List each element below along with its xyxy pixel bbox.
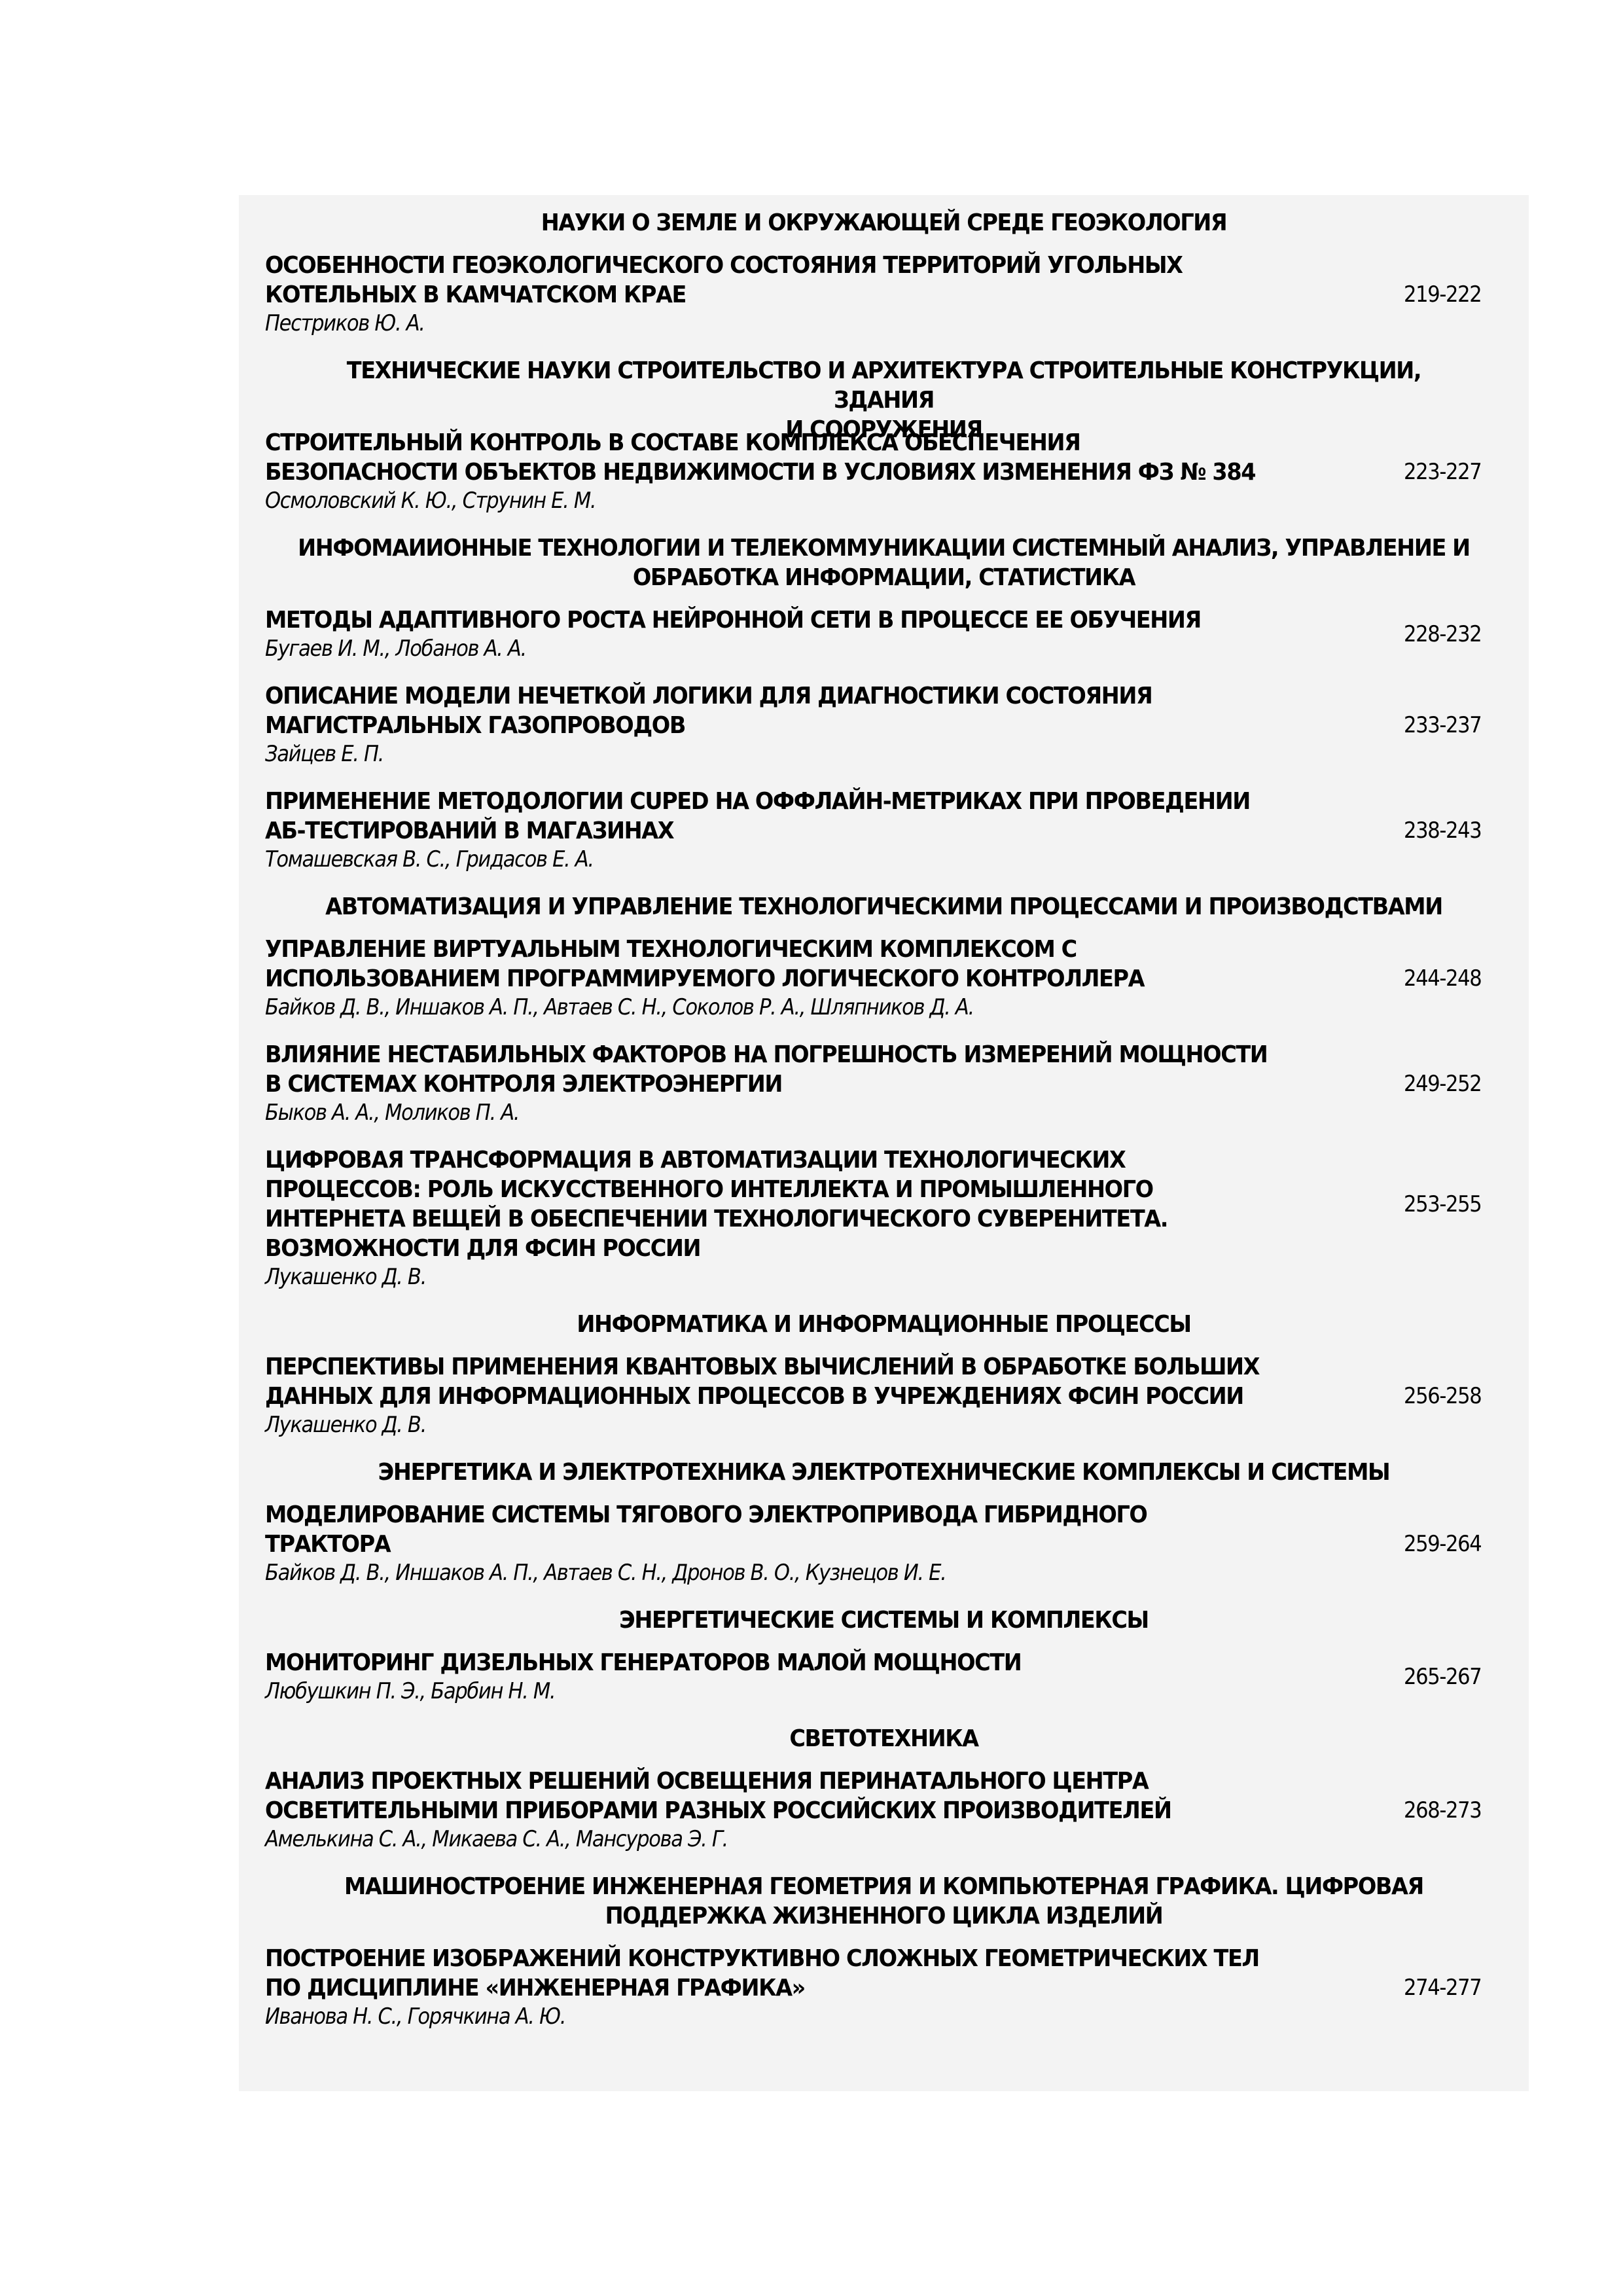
section-heading-line: НАУКИ О ЗЕМЛЕ И ОКРУЖАЮЩЕЙ СРЕДЕ ГЕОЭКОЛ… (296, 208, 1472, 238)
article-authors: Быков А. А., Моликов П. А. (265, 1099, 1384, 1127)
article-title[interactable]: ЦИФРОВАЯ ТРАНСФОРМАЦИЯ В АВТОМАТИЗАЦИИ Т… (265, 1145, 1275, 1263)
article-authors: Амелькина С. А., Микаева С. А., Мансуров… (265, 1825, 1384, 1854)
section-heading-line: СВЕТОТЕХНИКА (296, 1724, 1472, 1753)
toc-entry[interactable]: УПРАВЛЕНИЕ ВИРТУАЛЬНЫМ ТЕХНОЛОГИЧЕСКИМ К… (265, 935, 1508, 1022)
section-heading-line: ИНФОМАИИОННЫЕ ТЕХНОЛОГИИ И ТЕЛЕКОММУНИКА… (296, 533, 1472, 563)
article-title-line: ТРАКТОРА (265, 1530, 1275, 1559)
article-title-line: МАГИСТРАЛЬНЫХ ГАЗОПРОВОДОВ (265, 711, 1275, 740)
toc-entry[interactable]: МОДЕЛИРОВАНИЕ СИСТЕМЫ ТЯГОВОГО ЭЛЕКТРОПР… (265, 1500, 1508, 1587)
article-title-line: ПОСТРОЕНИЕ ИЗОБРАЖЕНИЙ КОНСТРУКТИВНО СЛО… (265, 1944, 1275, 1973)
section-heading-line: ЭНЕРГЕТИКА И ЭЛЕКТРОТЕХНИКА ЭЛЕКТРОТЕХНИ… (296, 1458, 1472, 1487)
article-title[interactable]: МЕТОДЫ АДАПТИВНОГО РОСТА НЕЙРОННОЙ СЕТИ … (265, 605, 1275, 635)
page-range[interactable]: 259-264 (1404, 1530, 1481, 1559)
article-title-line: ИСПОЛЬЗОВАНИЕМ ПРОГРАММИРУЕМОГО ЛОГИЧЕСК… (265, 964, 1275, 994)
article-title-line: БЕЗОПАСНОСТИ ОБЪЕКТОВ НЕДВИЖИМОСТИ В УСЛ… (265, 457, 1275, 487)
article-authors: Иванова Н. С., Горячкина А. Ю. (265, 2003, 1384, 2031)
page-range[interactable]: 223-227 (1404, 457, 1481, 487)
toc-entry[interactable]: ВЛИЯНИЕ НЕСТАБИЛЬНЫХ ФАКТОРОВ НА ПОГРЕШН… (265, 1040, 1508, 1127)
article-authors: Лукашенко Д. В. (265, 1411, 1384, 1439)
article-title[interactable]: ПОСТРОЕНИЕ ИЗОБРАЖЕНИЙ КОНСТРУКТИВНО СЛО… (265, 1944, 1275, 2003)
page-range[interactable]: 244-248 (1404, 964, 1481, 994)
section-heading-line: ТЕХНИЧЕСКИЕ НАУКИ СТРОИТЕЛЬСТВО И АРХИТЕ… (296, 356, 1472, 415)
article-authors: Томашевская В. С., Гридасов Е. А. (265, 846, 1384, 874)
toc-entry[interactable]: ПРИМЕНЕНИЕ МЕТОДОЛОГИИ CUPED НА ОФФЛАЙН-… (265, 787, 1508, 874)
page-range[interactable]: 253-255 (1404, 1190, 1481, 1219)
section-heading: ЭНЕРГЕТИКА И ЭЛЕКТРОТЕХНИКА ЭЛЕКТРОТЕХНИ… (296, 1458, 1472, 1487)
section-heading-line: ПОДДЕРЖКА ЖИЗНЕННОГО ЦИКЛА ИЗДЕЛИЙ (296, 1901, 1472, 1931)
page-range[interactable]: 238-243 (1404, 816, 1481, 846)
article-title[interactable]: ПРИМЕНЕНИЕ МЕТОДОЛОГИИ CUPED НА ОФФЛАЙН-… (265, 787, 1275, 846)
article-title[interactable]: МОНИТОРИНГ ДИЗЕЛЬНЫХ ГЕНЕРАТОРОВ МАЛОЙ М… (265, 1648, 1275, 1677)
article-title[interactable]: ВЛИЯНИЕ НЕСТАБИЛЬНЫХ ФАКТОРОВ НА ПОГРЕШН… (265, 1040, 1275, 1099)
section-heading-line: МАШИНОСТРОЕНИЕ ИНЖЕНЕРНАЯ ГЕОМЕТРИЯ И КО… (296, 1872, 1472, 1901)
article-authors: Зайцев Е. П. (265, 740, 1384, 768)
page-range[interactable]: 219-222 (1404, 280, 1481, 310)
article-title-line: ОСОБЕННОСТИ ГЕОЭКОЛОГИЧЕСКОГО СОСТОЯНИЯ … (265, 251, 1275, 280)
article-title[interactable]: АНАЛИЗ ПРОЕКТНЫХ РЕШЕНИЙ ОСВЕЩЕНИЯ ПЕРИН… (265, 1767, 1275, 1825)
toc-entry[interactable]: МОНИТОРИНГ ДИЗЕЛЬНЫХ ГЕНЕРАТОРОВ МАЛОЙ М… (265, 1648, 1508, 1706)
article-title[interactable]: ОСОБЕННОСТИ ГЕОЭКОЛОГИЧЕСКОГО СОСТОЯНИЯ … (265, 251, 1275, 310)
toc-entry[interactable]: ОПИСАНИЕ МОДЕЛИ НЕЧЕТКОЙ ЛОГИКИ ДЛЯ ДИАГ… (265, 681, 1508, 768)
article-title-line: ЦИФРОВАЯ ТРАНСФОРМАЦИЯ В АВТОМАТИЗАЦИИ Т… (265, 1145, 1275, 1175)
page-range[interactable]: 256-258 (1404, 1382, 1481, 1411)
section-heading-line: ИНФОРМАТИКА И ИНФОРМАЦИОННЫЕ ПРОЦЕССЫ (296, 1310, 1472, 1339)
section-heading-line: ОБРАБОТКА ИНФОРМАЦИИ, СТАТИСТИКА (296, 563, 1472, 592)
article-title-line: ДАННЫХ ДЛЯ ИНФОРМАЦИОННЫХ ПРОЦЕССОВ В УЧ… (265, 1382, 1275, 1411)
article-authors: Осмоловский К. Ю., Струнин Е. М. (265, 487, 1384, 515)
article-title-line: ПРИМЕНЕНИЕ МЕТОДОЛОГИИ CUPED НА ОФФЛАЙН-… (265, 787, 1275, 816)
article-authors: Любушкин П. Э., Барбин Н. М. (265, 1677, 1384, 1706)
page-range[interactable]: 274-277 (1404, 1973, 1481, 2003)
article-title-line: ПЕРСПЕКТИВЫ ПРИМЕНЕНИЯ КВАНТОВЫХ ВЫЧИСЛЕ… (265, 1352, 1275, 1382)
article-title-line: В СИСТЕМАХ КОНТРОЛЯ ЭЛЕКТРОЭНЕРГИИ (265, 1069, 1275, 1099)
article-authors: Пестриков Ю. А. (265, 310, 1384, 338)
section-heading: АВТОМАТИЗАЦИЯ И УПРАВЛЕНИЕ ТЕХНОЛОГИЧЕСК… (296, 892, 1472, 922)
toc-entry[interactable]: ОСОБЕННОСТИ ГЕОЭКОЛОГИЧЕСКОГО СОСТОЯНИЯ … (265, 251, 1508, 338)
article-title-line: ОСВЕТИТЕЛЬНЫМИ ПРИБОРАМИ РАЗНЫХ РОССИЙСК… (265, 1796, 1275, 1825)
section-heading: МАШИНОСТРОЕНИЕ ИНЖЕНЕРНАЯ ГЕОМЕТРИЯ И КО… (296, 1872, 1472, 1931)
article-title-line: ПРОЦЕССОВ: РОЛЬ ИСКУССТВЕННОГО ИНТЕЛЛЕКТ… (265, 1175, 1275, 1204)
article-authors: Лукашенко Д. В. (265, 1263, 1384, 1291)
article-title-line: КОТЕЛЬНЫХ В КАМЧАТСКОМ КРАЕ (265, 280, 1275, 310)
toc-entry[interactable]: ЦИФРОВАЯ ТРАНСФОРМАЦИЯ В АВТОМАТИЗАЦИИ Т… (265, 1145, 1508, 1291)
toc-entry[interactable]: МЕТОДЫ АДАПТИВНОГО РОСТА НЕЙРОННОЙ СЕТИ … (265, 605, 1508, 663)
section-heading: ИНФОМАИИОННЫЕ ТЕХНОЛОГИИ И ТЕЛЕКОММУНИКА… (296, 533, 1472, 592)
article-title[interactable]: ОПИСАНИЕ МОДЕЛИ НЕЧЕТКОЙ ЛОГИКИ ДЛЯ ДИАГ… (265, 681, 1275, 740)
article-title-line: ОПИСАНИЕ МОДЕЛИ НЕЧЕТКОЙ ЛОГИКИ ДЛЯ ДИАГ… (265, 681, 1275, 711)
page-range[interactable]: 249-252 (1404, 1069, 1481, 1099)
article-title-line: АБ-ТЕСТИРОВАНИЙ В МАГАЗИНАХ (265, 816, 1275, 846)
toc-entry[interactable]: АНАЛИЗ ПРОЕКТНЫХ РЕШЕНИЙ ОСВЕЩЕНИЯ ПЕРИН… (265, 1767, 1508, 1854)
page-range[interactable]: 265-267 (1404, 1662, 1481, 1692)
section-heading-line: АВТОМАТИЗАЦИЯ И УПРАВЛЕНИЕ ТЕХНОЛОГИЧЕСК… (296, 892, 1472, 922)
page-range[interactable]: 268-273 (1404, 1796, 1481, 1825)
article-title-line: МОНИТОРИНГ ДИЗЕЛЬНЫХ ГЕНЕРАТОРОВ МАЛОЙ М… (265, 1648, 1275, 1677)
article-authors: Байков Д. В., Иншаков А. П., Автаев С. Н… (265, 994, 1384, 1022)
article-title-line: МЕТОДЫ АДАПТИВНОГО РОСТА НЕЙРОННОЙ СЕТИ … (265, 605, 1275, 635)
article-title[interactable]: СТРОИТЕЛЬНЫЙ КОНТРОЛЬ В СОСТАВЕ КОМПЛЕКС… (265, 428, 1275, 487)
section-heading-line: ЭНЕРГЕТИЧЕСКИЕ СИСТЕМЫ И КОМПЛЕКСЫ (296, 1605, 1472, 1635)
article-title-line: УПРАВЛЕНИЕ ВИРТУАЛЬНЫМ ТЕХНОЛОГИЧЕСКИМ К… (265, 935, 1275, 964)
section-heading: СВЕТОТЕХНИКА (296, 1724, 1472, 1753)
article-title-line: ПО ДИСЦИПЛИНЕ «ИНЖЕНЕРНАЯ ГРАФИКА» (265, 1973, 1275, 2003)
article-title-line: СТРОИТЕЛЬНЫЙ КОНТРОЛЬ В СОСТАВЕ КОМПЛЕКС… (265, 428, 1275, 457)
toc-entry[interactable]: ПОСТРОЕНИЕ ИЗОБРАЖЕНИЙ КОНСТРУКТИВНО СЛО… (265, 1944, 1508, 2031)
section-heading: ИНФОРМАТИКА И ИНФОРМАЦИОННЫЕ ПРОЦЕССЫ (296, 1310, 1472, 1339)
page-range[interactable]: 228-232 (1404, 620, 1481, 649)
article-title-line: АНАЛИЗ ПРОЕКТНЫХ РЕШЕНИЙ ОСВЕЩЕНИЯ ПЕРИН… (265, 1767, 1275, 1796)
article-title-line: ВОЗМОЖНОСТИ ДЛЯ ФСИН РОССИИ (265, 1234, 1275, 1263)
article-title-line: ИНТЕРНЕТА ВЕЩЕЙ В ОБЕСПЕЧЕНИИ ТЕХНОЛОГИЧ… (265, 1204, 1275, 1234)
article-title-line: ВЛИЯНИЕ НЕСТАБИЛЬНЫХ ФАКТОРОВ НА ПОГРЕШН… (265, 1040, 1275, 1069)
article-title[interactable]: МОДЕЛИРОВАНИЕ СИСТЕМЫ ТЯГОВОГО ЭЛЕКТРОПР… (265, 1500, 1275, 1559)
article-title-line: МОДЕЛИРОВАНИЕ СИСТЕМЫ ТЯГОВОГО ЭЛЕКТРОПР… (265, 1500, 1275, 1530)
toc-entry[interactable]: ПЕРСПЕКТИВЫ ПРИМЕНЕНИЯ КВАНТОВЫХ ВЫЧИСЛЕ… (265, 1352, 1508, 1439)
section-heading: ЭНЕРГЕТИЧЕСКИЕ СИСТЕМЫ И КОМПЛЕКСЫ (296, 1605, 1472, 1635)
article-authors: Байков Д. В., Иншаков А. П., Автаев С. Н… (265, 1559, 1384, 1587)
article-title[interactable]: ПЕРСПЕКТИВЫ ПРИМЕНЕНИЯ КВАНТОВЫХ ВЫЧИСЛЕ… (265, 1352, 1275, 1411)
article-title[interactable]: УПРАВЛЕНИЕ ВИРТУАЛЬНЫМ ТЕХНОЛОГИЧЕСКИМ К… (265, 935, 1275, 994)
toc-entry[interactable]: СТРОИТЕЛЬНЫЙ КОНТРОЛЬ В СОСТАВЕ КОМПЛЕКС… (265, 428, 1508, 515)
page-range[interactable]: 233-237 (1404, 711, 1481, 740)
article-authors: Бугаев И. М., Лобанов А. А. (265, 635, 1384, 663)
section-heading: НАУКИ О ЗЕМЛЕ И ОКРУЖАЮЩЕЙ СРЕДЕ ГЕОЭКОЛ… (296, 208, 1472, 238)
table-of-contents-panel: НАУКИ О ЗЕМЛЕ И ОКРУЖАЮЩЕЙ СРЕДЕ ГЕОЭКОЛ… (239, 195, 1529, 2091)
